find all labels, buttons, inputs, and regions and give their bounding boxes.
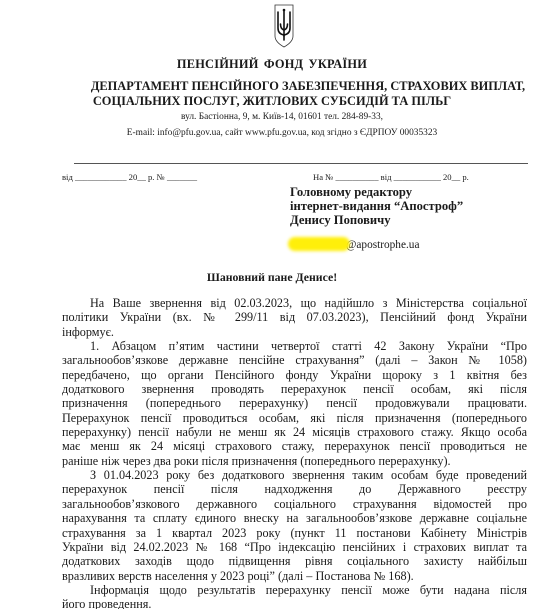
- body-line-text: страхування за 1 квартал 2023 року (пунк…: [62, 526, 527, 540]
- body-line: додаткового звернення проводять перераху…: [62, 382, 527, 396]
- body-line: перерахунок пенсії після надходження до …: [62, 482, 527, 496]
- addressee-name: Денису Поповичу: [290, 213, 391, 227]
- body-line-text: 1. Абзацом п’ятим частини четвертої стат…: [90, 339, 527, 353]
- body-line: нарахування та сплату єдиного внеску на …: [62, 511, 527, 525]
- addressee-email: @apostrophe.ua: [288, 237, 419, 251]
- trident-coat-of-arms-icon: [274, 4, 294, 48]
- header-divider: [74, 163, 528, 164]
- body-line-text: України від 24.02.2023 № 168 “Про індекс…: [62, 540, 527, 554]
- body-line-text: перерахунок пенсії після надходження до …: [62, 482, 527, 496]
- body-line-text: вразливих верств населення у 2023 році” …: [62, 569, 527, 583]
- body-line-text: Перерахунок пенсії проводиться особам, я…: [62, 411, 527, 425]
- incoming-reference: На № __________ від ___________ 20__ р.: [313, 172, 469, 182]
- body-line: має менш як 24 місяці страхового стажу, …: [62, 439, 527, 453]
- body-line-text: додаткових заходів щодо підвищення рівня…: [62, 554, 527, 568]
- body-line-text: раніше ніж через два роки після призначе…: [62, 454, 527, 468]
- body-line-text: перерахунку) пенсії набули не менш як 24…: [62, 425, 527, 439]
- body-line: Перерахунок пенсії проводиться особам, я…: [62, 411, 527, 425]
- body-line-text: політики України (вх. № 299/11 від 07.03…: [62, 310, 527, 324]
- greeting: Шановний пане Денисе!: [0, 270, 544, 285]
- body-line: інформує.: [62, 325, 527, 339]
- body-line-text: інформує.: [62, 325, 527, 339]
- redaction-highlight: [288, 237, 350, 251]
- body-line-text: його проведення.: [62, 597, 527, 609]
- body-line: загальнообов’язкове державне пенсійне ст…: [62, 353, 527, 367]
- body-line: політики України (вх. № 299/11 від 07.03…: [62, 310, 527, 324]
- body-line-text: нарахування та сплату єдиного внеску на …: [62, 511, 527, 525]
- body-line: З 01.04.2023 року без додаткового зверне…: [62, 468, 527, 482]
- body-line-text: З 01.04.2023 року без додаткового зверне…: [90, 468, 527, 482]
- org-address: вул. Бастіонна, 9, м. Київ-14, 01601 тел…: [10, 112, 544, 122]
- body-line: його проведення.: [62, 597, 527, 609]
- body-line: перерахунку) пенсії набули не менш як 24…: [62, 425, 527, 439]
- department-name-line2: СОЦІАЛЬНИХ ПОСЛУГ, ЖИТЛОВИХ СУБСИДІЙ ТА …: [0, 94, 544, 109]
- addressee-title: Головному редактору: [290, 185, 412, 199]
- org-name: ПЕНСІЙНИЙ ФОНД УКРАЇНИ: [0, 57, 544, 72]
- addressee-publication: інтернет-видання “Апостроф”: [290, 199, 463, 213]
- body-line: На Ваше звернення від 02.03.2023, що над…: [62, 296, 527, 310]
- body-line-text: додаткового звернення проводять перераху…: [62, 382, 527, 396]
- email-domain: @apostrophe.ua: [346, 239, 419, 251]
- department-name-line1: ДЕПАРТАМЕНТ ПЕНСІЙНОГО ЗАБЕЗПЕЧЕННЯ, СТР…: [78, 79, 538, 94]
- body-line-text: Інформація щодо результатів перерахунку …: [90, 583, 527, 597]
- body-line: загальнообов’язкового державного соціаль…: [62, 497, 527, 511]
- body-line-text: загальнообов’язкове державне пенсійне ст…: [62, 353, 527, 367]
- body-line: 1. Абзацом п’ятим частини четвертої стат…: [62, 339, 527, 353]
- body-line: передбачено, що органи Пенсійного фонду …: [62, 368, 527, 382]
- body-line: додаткових заходів щодо підвищення рівня…: [62, 554, 527, 568]
- body-line: України від 24.02.2023 № 168 “Про індекс…: [62, 540, 527, 554]
- body-line-text: має менш як 24 місяці страхового стажу, …: [62, 439, 527, 453]
- body-line-text: передбачено, що органи Пенсійного фонду …: [62, 368, 527, 382]
- org-contacts: E-mail: info@pfu.gov.ua, сайт www.pfu.go…: [10, 128, 544, 138]
- outgoing-reference: від ____________ 20__ р. № _______: [62, 172, 197, 182]
- body-line: Інформація щодо результатів перерахунку …: [62, 583, 527, 597]
- body-line-text: загальнообов’язкового державного соціаль…: [62, 497, 527, 511]
- body-line: вразливих верств населення у 2023 році” …: [62, 569, 527, 583]
- body-line-text: На Ваше звернення від 02.03.2023, що над…: [90, 296, 527, 310]
- body-line: призначення (попереднього перерахунку) п…: [62, 396, 527, 410]
- body-line: страхування за 1 квартал 2023 року (пунк…: [62, 526, 527, 540]
- body-line-text: призначення (попереднього перерахунку) п…: [62, 396, 527, 410]
- body-line: раніше ніж через два роки після призначе…: [62, 454, 527, 468]
- letter-body: На Ваше звернення від 02.03.2023, що над…: [62, 296, 527, 609]
